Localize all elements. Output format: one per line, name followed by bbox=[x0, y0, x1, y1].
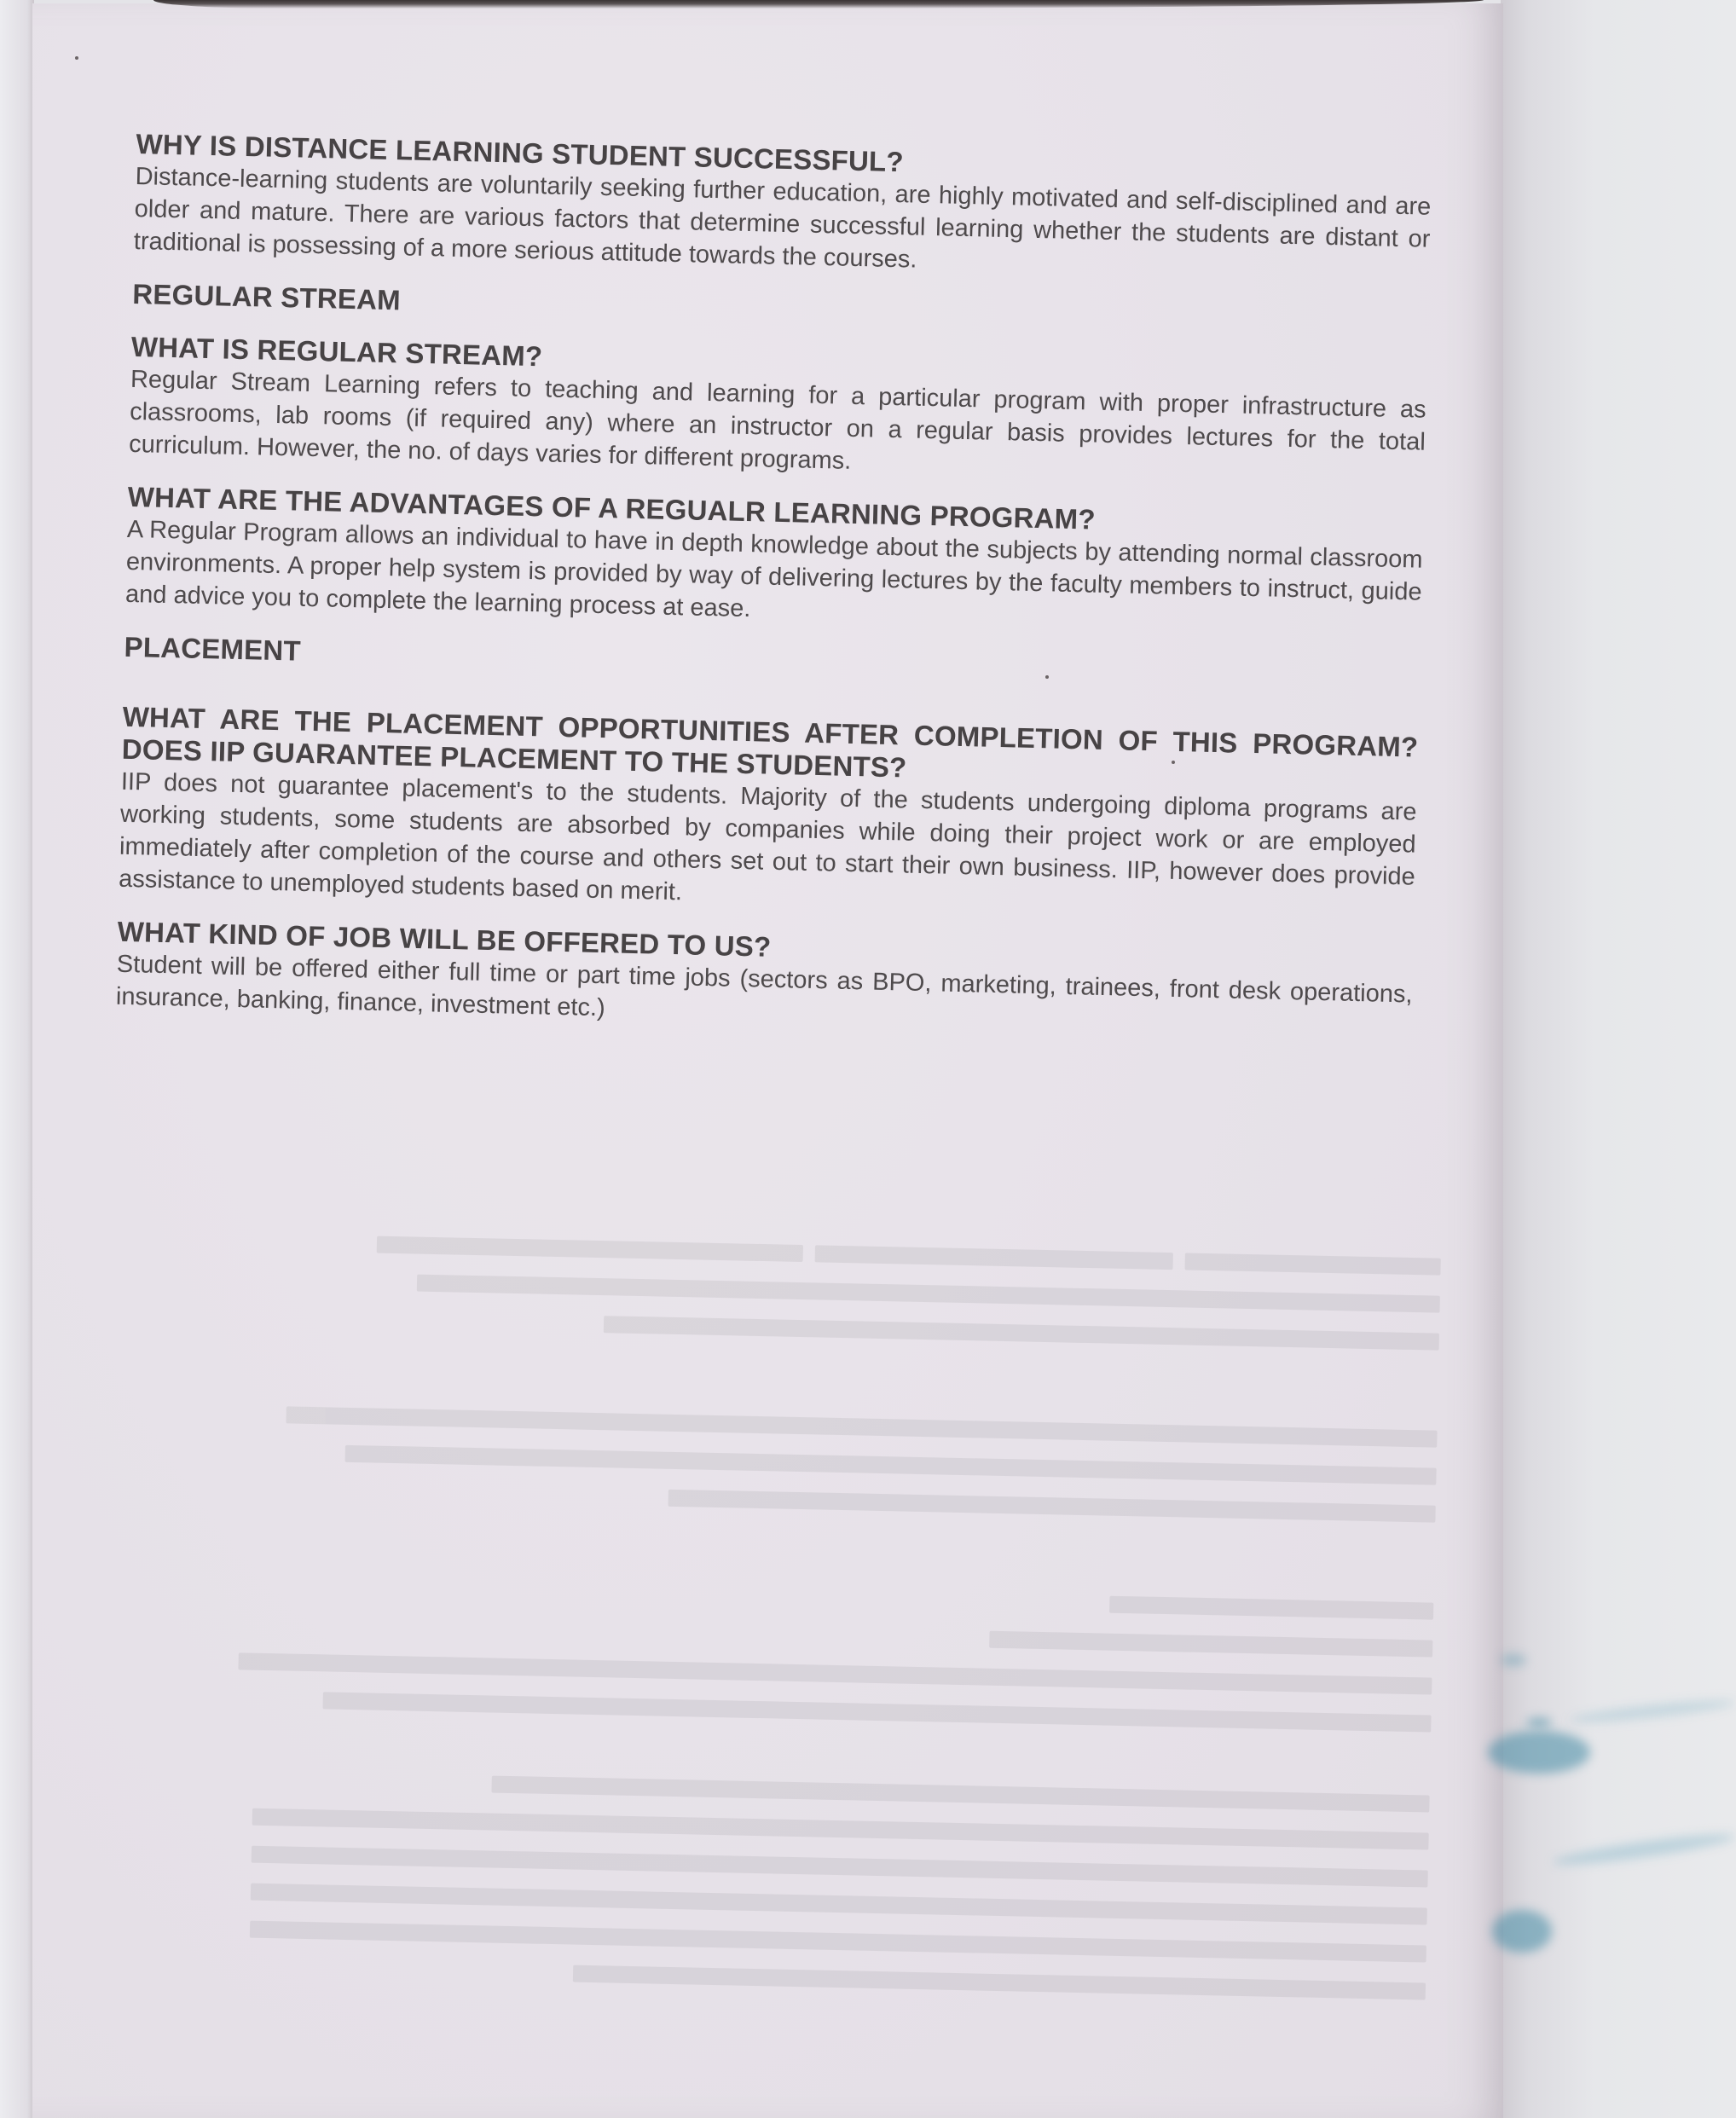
section-placement-opportunities: WHAT ARE THE PLACEMENT OPPORTUNITIES AFT… bbox=[119, 701, 1419, 926]
paper-speck bbox=[1172, 761, 1175, 764]
document-body: WHY IS DISTANCE LEARNING STUDENT SUCCESS… bbox=[115, 128, 1432, 1064]
section-job-offered: WHAT KIND OF JOB WILL BE OFFERED TO US? … bbox=[116, 916, 1414, 1044]
section-title-placement: PLACEMENT bbox=[124, 631, 1420, 694]
section-what-is-regular: WHAT IS REGULAR STREAM? Regular Stream L… bbox=[129, 331, 1427, 491]
section-title-regular-stream: REGULAR STREAM bbox=[132, 278, 1428, 341]
ink-stain bbox=[1488, 1731, 1590, 1774]
section-advantages: WHAT ARE THE ADVANTAGES OF A REGUALR LEA… bbox=[125, 481, 1424, 641]
scan-background-right bbox=[1501, 0, 1736, 2118]
show-through-reverse-text bbox=[146, 1231, 1440, 2020]
ink-stain bbox=[1492, 1910, 1552, 1953]
ink-stain bbox=[1501, 1654, 1526, 1666]
scan-background-left bbox=[0, 0, 34, 2118]
paper-speck bbox=[75, 56, 78, 60]
ink-stain bbox=[1526, 1718, 1552, 1727]
paper-speck bbox=[1045, 675, 1049, 679]
